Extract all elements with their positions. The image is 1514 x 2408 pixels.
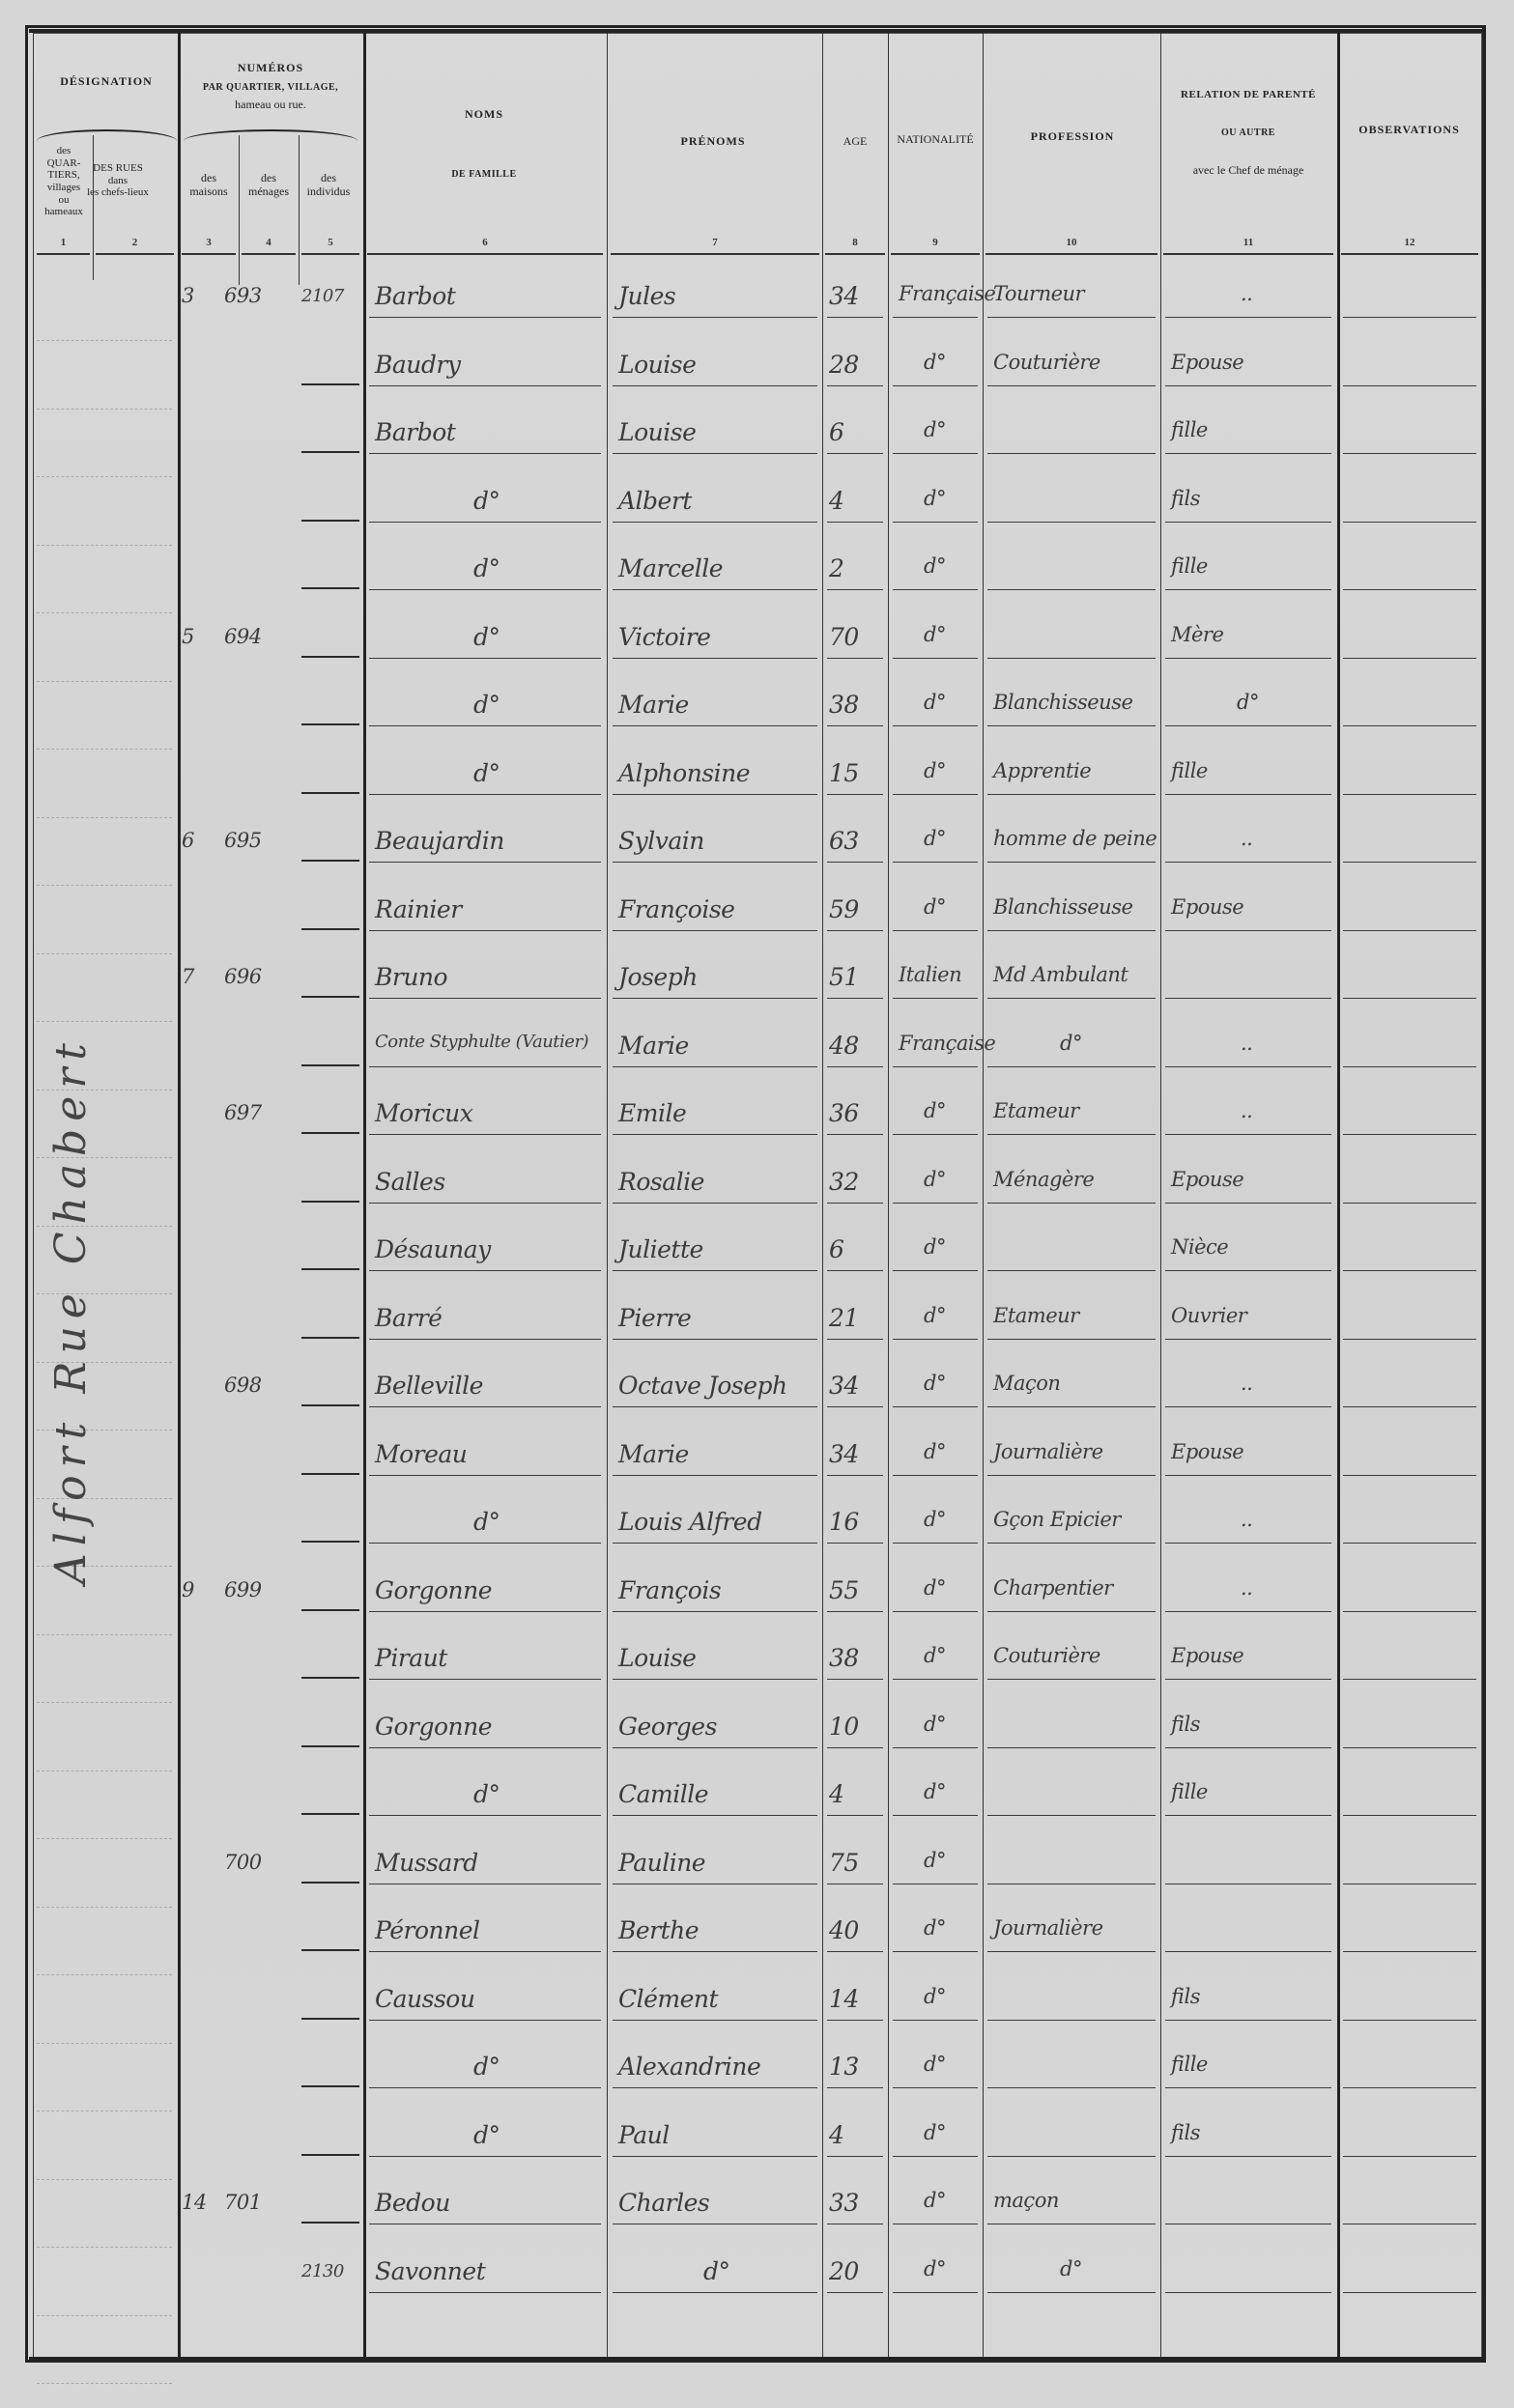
individual-dash xyxy=(301,1268,359,1270)
guide-line xyxy=(37,817,172,819)
cell-age: 34 xyxy=(829,282,859,310)
header-underline xyxy=(367,253,603,255)
cell-relation: .. xyxy=(1241,1372,1252,1395)
guide-line xyxy=(37,1634,172,1636)
row-rule xyxy=(893,930,978,931)
cell-nationalite: d° xyxy=(924,759,946,782)
row-rule xyxy=(613,1066,817,1067)
row-rule xyxy=(987,1951,1156,1952)
row-rule xyxy=(827,1475,883,1476)
row-rule xyxy=(1165,862,1331,863)
row-rule xyxy=(613,2156,817,2157)
row-rule xyxy=(613,2087,817,2088)
row-rule xyxy=(827,1543,883,1544)
cell-nom: Moricux xyxy=(375,1099,472,1127)
column-rule xyxy=(33,33,34,2357)
household-number: 697 xyxy=(224,1101,262,1124)
row-rule xyxy=(1343,794,1476,795)
column-number: 8 xyxy=(836,237,874,248)
row-rule xyxy=(987,2224,1156,2224)
cell-nationalite: d° xyxy=(924,895,946,919)
guide-line xyxy=(37,749,172,751)
row-rule xyxy=(893,2224,978,2224)
cell-nom: Caussou xyxy=(375,1985,474,2013)
row-rule xyxy=(827,589,883,590)
cell-nationalite: d° xyxy=(924,2189,946,2212)
row-rule xyxy=(893,658,978,659)
individual-dash xyxy=(301,587,359,589)
cell-nationalite: d° xyxy=(924,1235,946,1259)
header-underline xyxy=(1341,253,1478,255)
row-rule xyxy=(369,1203,601,1204)
header-underline xyxy=(96,253,174,255)
cell-nationalite: d° xyxy=(924,2257,946,2281)
individual-dash xyxy=(301,1201,359,1203)
row-rule xyxy=(893,385,978,386)
cell-nom: d° xyxy=(473,623,500,651)
header-noms-sub: DE FAMILLE xyxy=(363,169,605,181)
cell-relation: fils xyxy=(1171,2121,1200,2144)
row-rule xyxy=(1343,998,1476,999)
cell-age: 20 xyxy=(829,2257,859,2285)
column-number: 5 xyxy=(311,237,350,248)
cell-prenom: Georges xyxy=(618,1713,717,1741)
individual-dash xyxy=(301,383,359,385)
row-rule xyxy=(613,1339,817,1340)
row-rule xyxy=(1343,1611,1476,1612)
column-rule xyxy=(299,135,300,285)
cell-relation: Mère xyxy=(1171,623,1223,646)
cell-age: 38 xyxy=(829,1644,859,1672)
guide-line xyxy=(37,681,172,683)
cell-prenom: Louise xyxy=(618,418,696,446)
row-rule xyxy=(613,522,817,523)
cell-nom: Baudry xyxy=(375,351,460,379)
cell-relation: Epouse xyxy=(1171,1168,1243,1191)
row-rule xyxy=(827,1679,883,1680)
street-designation: Alfort Rue Chabert xyxy=(46,1035,96,1584)
row-rule xyxy=(369,1475,601,1476)
cell-nationalite: d° xyxy=(924,1849,946,1872)
column-rule xyxy=(178,33,181,2357)
row-rule xyxy=(1165,1884,1331,1884)
header-underline xyxy=(301,253,359,255)
column-number: 2 xyxy=(116,237,155,248)
cell-age: 16 xyxy=(829,1508,859,1536)
cell-nationalite: d° xyxy=(924,1372,946,1395)
row-rule xyxy=(613,2224,817,2224)
row-rule xyxy=(893,998,978,999)
header-profession: PROFESSION xyxy=(986,130,1159,144)
header-col2: DES RUESdansles chefs-lieux xyxy=(60,162,176,199)
individual-dash xyxy=(301,1882,359,1884)
cell-prenom: François xyxy=(618,1576,721,1604)
row-rule xyxy=(369,2292,601,2293)
row-rule xyxy=(613,2292,817,2293)
row-rule xyxy=(613,589,817,590)
cell-relation: .. xyxy=(1241,1576,1252,1600)
guide-line xyxy=(37,2043,172,2045)
column-number: 1 xyxy=(44,237,83,248)
cell-nom: Gorgonne xyxy=(375,1576,492,1604)
cell-nationalite: d° xyxy=(924,351,946,374)
guide-line xyxy=(37,476,172,478)
row-rule xyxy=(1343,658,1476,659)
cell-prenom: Pierre xyxy=(618,1304,691,1332)
cell-relation: Epouse xyxy=(1171,1440,1243,1463)
row-rule xyxy=(827,794,883,795)
row-rule xyxy=(1165,2224,1331,2224)
row-rule xyxy=(1165,725,1331,726)
row-rule xyxy=(827,658,883,659)
row-rule xyxy=(1165,794,1331,795)
cell-nationalite: d° xyxy=(924,1099,946,1122)
cell-nationalite: Française xyxy=(899,1032,995,1055)
row-rule xyxy=(827,1747,883,1748)
row-rule xyxy=(827,1339,883,1340)
row-rule xyxy=(1343,2087,1476,2088)
row-rule xyxy=(1343,522,1476,523)
cell-nom: d° xyxy=(473,2053,500,2081)
row-rule xyxy=(1165,1475,1331,1476)
row-rule xyxy=(987,1815,1156,1816)
row-rule xyxy=(1343,1066,1476,1067)
cell-relation: fille xyxy=(1171,2053,1208,2076)
cell-nom: Belleville xyxy=(375,1372,483,1400)
row-rule xyxy=(893,1815,978,1816)
cell-nationalite: d° xyxy=(924,1508,946,1531)
header-col4: desménages xyxy=(240,172,298,199)
individual-dash xyxy=(301,1745,359,1747)
row-rule xyxy=(827,1815,883,1816)
top-rule xyxy=(29,29,1486,33)
cell-prenom: Victoire xyxy=(618,623,710,651)
row-rule xyxy=(1165,1815,1331,1816)
row-rule xyxy=(987,1611,1156,1612)
row-rule xyxy=(987,1270,1156,1271)
row-rule xyxy=(613,1747,817,1748)
row-rule xyxy=(827,1066,883,1067)
row-rule xyxy=(1165,1203,1331,1204)
row-rule xyxy=(827,1884,883,1884)
census-sheet xyxy=(25,25,1486,2363)
row-rule xyxy=(1165,1134,1331,1135)
individual-dash xyxy=(301,1677,359,1679)
row-rule xyxy=(1343,2156,1476,2157)
row-rule xyxy=(613,1203,817,1204)
cell-age: 10 xyxy=(829,1713,859,1741)
guide-line xyxy=(37,953,172,955)
cell-nationalite: d° xyxy=(924,1440,946,1463)
header-prenoms: PRÉNOMS xyxy=(607,135,819,149)
row-rule xyxy=(987,1406,1156,1407)
cell-profession: Gçon Epicier xyxy=(993,1508,1121,1531)
column-rule xyxy=(93,135,94,280)
row-rule xyxy=(369,1339,601,1340)
cell-prenom: Camille xyxy=(618,1780,708,1808)
row-rule xyxy=(613,385,817,386)
header-underline xyxy=(825,253,885,255)
cell-profession: homme de peine xyxy=(993,827,1157,850)
header-nationalite: NATIONALITÉ xyxy=(887,133,984,147)
individual-dash xyxy=(301,656,359,658)
individual-dash xyxy=(301,1813,359,1815)
guide-line xyxy=(37,1907,172,1909)
column-number: 7 xyxy=(696,237,734,248)
row-rule xyxy=(369,2224,601,2224)
cell-nom: d° xyxy=(473,691,500,719)
row-rule xyxy=(893,2156,978,2157)
cell-age: 6 xyxy=(829,418,843,446)
row-rule xyxy=(1343,1339,1476,1340)
cell-profession: Couturière xyxy=(993,351,1100,374)
cell-prenom: Sylvain xyxy=(618,827,704,855)
cell-prenom: Juliette xyxy=(618,1235,703,1263)
column-number: 3 xyxy=(189,237,228,248)
cell-nom: d° xyxy=(473,554,500,582)
row-rule xyxy=(1343,453,1476,454)
cell-prenom: Charles xyxy=(618,2189,709,2217)
cell-relation: fils xyxy=(1171,1713,1200,1736)
individual-number: 2107 xyxy=(301,286,344,306)
header-numeros-sub2: hameau ou rue. xyxy=(179,99,362,112)
cell-nationalite: d° xyxy=(924,1780,946,1803)
cell-age: 21 xyxy=(829,1304,859,1332)
cell-nom: Beaujardin xyxy=(375,827,504,855)
cell-prenom: Alexandrine xyxy=(618,2053,760,2081)
row-rule xyxy=(1165,317,1331,318)
row-rule xyxy=(1165,2020,1331,2021)
header-relation-sub2: avec le Chef de ménage xyxy=(1161,164,1335,178)
row-rule xyxy=(987,794,1156,795)
individual-dash xyxy=(301,2085,359,2087)
cell-prenom: Paul xyxy=(618,2121,670,2149)
row-rule xyxy=(369,453,601,454)
cell-age: 33 xyxy=(829,2189,859,2217)
row-rule xyxy=(987,1543,1156,1544)
row-rule xyxy=(613,1884,817,1884)
cell-nom: Moreau xyxy=(375,1440,467,1468)
guide-line xyxy=(37,1021,172,1023)
row-rule xyxy=(827,998,883,999)
row-rule xyxy=(893,1066,978,1067)
row-rule xyxy=(827,725,883,726)
household-number: 694 xyxy=(224,625,262,648)
row-rule xyxy=(1343,1203,1476,1204)
column-rule xyxy=(822,33,823,2357)
row-rule xyxy=(369,1270,601,1271)
cell-nom: Barbot xyxy=(375,418,455,446)
row-rule xyxy=(1343,1951,1476,1952)
row-rule xyxy=(893,1339,978,1340)
row-rule xyxy=(1343,1815,1476,1816)
bottom-rule xyxy=(29,2357,1486,2361)
cell-nationalite: d° xyxy=(924,2053,946,2076)
guide-line xyxy=(37,2383,172,2385)
guide-line xyxy=(37,2111,172,2112)
cell-nom: d° xyxy=(473,759,500,787)
house-number: 5 xyxy=(182,625,194,648)
house-number: 14 xyxy=(182,2191,207,2214)
row-rule xyxy=(827,385,883,386)
house-number: 7 xyxy=(182,965,194,988)
header-relation: RELATION DE PARENTÉ xyxy=(1161,89,1335,101)
row-rule xyxy=(987,522,1156,523)
header-relation-sub: OU AUTRE xyxy=(1161,127,1335,139)
cell-profession: Md Ambulant xyxy=(993,963,1128,986)
row-rule xyxy=(827,453,883,454)
individual-dash xyxy=(301,1541,359,1543)
house-number: 9 xyxy=(182,1578,194,1601)
column-rule xyxy=(1482,33,1485,2357)
row-rule xyxy=(613,1679,817,1680)
header-observations: OBSERVATIONS xyxy=(1339,124,1479,137)
column-rule xyxy=(1337,33,1340,2357)
row-rule xyxy=(987,385,1156,386)
header-underline xyxy=(986,253,1157,255)
row-rule xyxy=(1343,589,1476,590)
cell-relation: Ouvrier xyxy=(1171,1304,1246,1327)
cell-relation: fille xyxy=(1171,759,1208,782)
column-number: 6 xyxy=(466,237,504,248)
row-rule xyxy=(613,1815,817,1816)
cell-relation: fils xyxy=(1171,487,1200,510)
cell-nom: Barbot xyxy=(375,282,455,310)
household-number: 698 xyxy=(224,1374,262,1397)
cell-nom: Mussard xyxy=(375,1849,478,1877)
individual-dash xyxy=(301,928,359,930)
row-rule xyxy=(827,1611,883,1612)
cell-profession: Ménagère xyxy=(993,1168,1094,1191)
cell-relation: fille xyxy=(1171,418,1208,441)
cell-relation: fille xyxy=(1171,1780,1208,1803)
guide-line xyxy=(37,409,172,411)
cell-prenom: Marcelle xyxy=(618,554,723,582)
cell-age: 15 xyxy=(829,759,859,787)
row-rule xyxy=(1165,2292,1331,2293)
guide-line xyxy=(37,2315,172,2317)
row-rule xyxy=(1165,1066,1331,1067)
header-age: AGE xyxy=(823,135,887,149)
household-number: 693 xyxy=(224,284,262,307)
cell-age: 34 xyxy=(829,1372,859,1400)
cell-nom: d° xyxy=(473,487,500,515)
cell-age: 75 xyxy=(829,1849,859,1877)
row-rule xyxy=(613,998,817,999)
row-rule xyxy=(613,725,817,726)
cell-nom: d° xyxy=(473,2121,500,2149)
row-rule xyxy=(369,1951,601,1952)
cell-age: 55 xyxy=(829,1576,859,1604)
row-rule xyxy=(613,1951,817,1952)
row-rule xyxy=(987,1203,1156,1204)
cell-prenom: Alphonsine xyxy=(618,759,750,787)
row-rule xyxy=(987,1134,1156,1135)
house-number: 6 xyxy=(182,829,194,852)
row-rule xyxy=(893,1270,978,1271)
row-rule xyxy=(1343,725,1476,726)
row-rule xyxy=(1165,2087,1331,2088)
row-rule xyxy=(613,1611,817,1612)
cell-age: 40 xyxy=(829,1916,859,1944)
row-rule xyxy=(369,1679,601,1680)
cell-profession: Etameur xyxy=(993,1099,1079,1122)
guide-line xyxy=(37,1771,172,1772)
row-rule xyxy=(827,2224,883,2224)
cell-age: 6 xyxy=(829,1235,843,1263)
row-rule xyxy=(1165,589,1331,590)
row-rule xyxy=(369,1747,601,1748)
row-rule xyxy=(1343,1134,1476,1135)
row-rule xyxy=(827,1951,883,1952)
cell-nom: Piraut xyxy=(375,1644,447,1672)
cell-prenom: Joseph xyxy=(618,963,698,991)
row-rule xyxy=(893,317,978,318)
cell-relation: Epouse xyxy=(1171,1644,1243,1667)
row-rule xyxy=(1165,1270,1331,1271)
column-number: 11 xyxy=(1229,237,1268,248)
cell-nationalite: d° xyxy=(924,554,946,578)
row-rule xyxy=(613,1475,817,1476)
cell-profession: Blanchisseuse xyxy=(993,691,1132,714)
cell-nationalite: d° xyxy=(924,1304,946,1327)
cell-prenom: Albert xyxy=(618,487,692,515)
cell-age: 36 xyxy=(829,1099,859,1127)
individual-dash xyxy=(301,723,359,725)
cell-relation: .. xyxy=(1241,282,1252,305)
cell-relation: .. xyxy=(1241,1032,1252,1055)
row-rule xyxy=(369,998,601,999)
row-rule xyxy=(369,862,601,863)
row-rule xyxy=(893,1884,978,1884)
row-rule xyxy=(1343,2020,1476,2021)
row-rule xyxy=(1165,522,1331,523)
cell-profession: Journalière xyxy=(993,1440,1103,1463)
cell-prenom: Octave Joseph xyxy=(618,1372,787,1400)
cell-age: 59 xyxy=(829,895,859,923)
row-rule xyxy=(987,1747,1156,1748)
row-rule xyxy=(893,2292,978,2293)
row-rule xyxy=(987,317,1156,318)
cell-age: 13 xyxy=(829,2053,859,2081)
row-rule xyxy=(893,1679,978,1680)
header-col5: desindividus xyxy=(300,172,357,199)
cell-age: 34 xyxy=(829,1440,859,1468)
cell-nationalite: d° xyxy=(924,487,946,510)
row-rule xyxy=(893,725,978,726)
column-rule xyxy=(607,33,608,2357)
cell-relation: Epouse xyxy=(1171,351,1243,374)
cell-profession: Maçon xyxy=(993,1372,1060,1395)
row-rule xyxy=(369,2087,601,2088)
cell-relation: d° xyxy=(1237,691,1259,714)
cell-prenom: Pauline xyxy=(618,1849,705,1877)
row-rule xyxy=(1165,1951,1331,1952)
cell-nationalite: d° xyxy=(924,1916,946,1940)
row-rule xyxy=(1343,1884,1476,1884)
row-rule xyxy=(987,1884,1156,1884)
household-number: 696 xyxy=(224,965,262,988)
cell-relation: Epouse xyxy=(1171,895,1243,919)
row-rule xyxy=(827,2292,883,2293)
row-rule xyxy=(1343,862,1476,863)
cell-relation: fils xyxy=(1171,1985,1200,2008)
cell-nationalite: d° xyxy=(924,827,946,850)
household-number: 701 xyxy=(224,2191,262,2214)
row-rule xyxy=(987,1066,1156,1067)
header-designation: DÉSIGNATION xyxy=(39,75,174,89)
individual-dash xyxy=(301,2018,359,2020)
